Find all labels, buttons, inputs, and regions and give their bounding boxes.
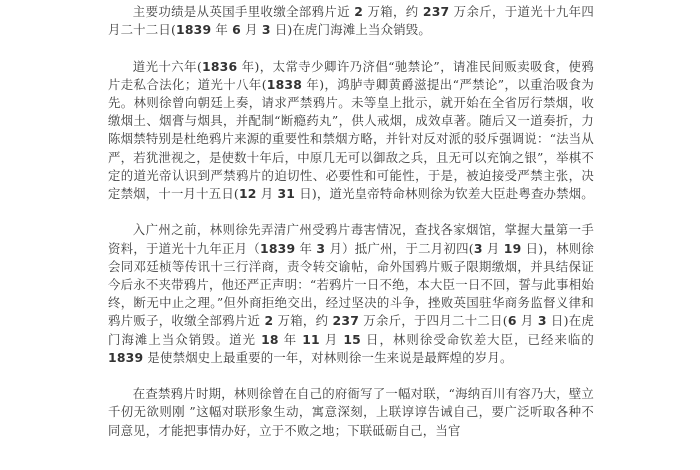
text-run: 万箱，约 bbox=[363, 4, 423, 19]
numeral-bold: 3 bbox=[474, 241, 483, 256]
text-run: 年)，鸿胪寺卿黄爵滋提出“严禁论”，以重治吸食为先。林则徐曾向朝廷上奏，请求严禁… bbox=[108, 77, 594, 201]
numeral-bold: 2 bbox=[264, 313, 273, 328]
numeral-bold: 31 bbox=[277, 186, 295, 201]
text-run: 日)在虎门海滩上当众销毁。 bbox=[271, 22, 431, 37]
text-run: 万余斤，于四月二十二日( bbox=[359, 313, 508, 328]
numeral-bold: 1836 bbox=[202, 59, 237, 74]
text-run: 月）抵广州，于二月初四( bbox=[325, 241, 474, 256]
numeral-bold: 6 bbox=[232, 22, 241, 37]
numeral-bold: 15 bbox=[343, 332, 361, 347]
text-run: 月 bbox=[241, 22, 262, 37]
text-run: 年 bbox=[279, 332, 302, 347]
text-run: 在查禁鸦片时期，林则徐曾在自己的府衙写了一幅对联，“海纳百川有容乃大，壁立千仞无… bbox=[108, 386, 594, 437]
numeral-bold: 19 bbox=[504, 241, 522, 256]
text-run: 万箱，约 bbox=[273, 313, 332, 328]
text-run: 主要功绩是从英国手里收缴全部鸦片近 bbox=[133, 4, 355, 19]
paragraph-guangzhou-campaign: 入广州之前，林则徐先弄清广州受鸦片毒害情况，查找各家烟馆，掌握大量第一手资料，于… bbox=[108, 221, 594, 367]
text-run: 是使禁烟史上最重要的一年，对林则徐一生来说是最辉煌的岁月。 bbox=[143, 350, 512, 365]
numeral-bold: 1839 bbox=[176, 22, 211, 37]
text-run: 月 bbox=[320, 332, 343, 347]
paragraph-achievement: 主要功绩是从英国手里收缴全部鸦片近 2 万箱，约 237 万余斤，于道光十九年四… bbox=[108, 3, 594, 39]
text-run: 年 bbox=[295, 241, 316, 256]
numeral-bold: 1838 bbox=[267, 77, 302, 92]
paragraph-imperial-decision: 道光十六年(1836 年)，太常寺少卿许乃济倡“驰禁论”，请准民间贩卖吸食，使鸦… bbox=[108, 58, 594, 204]
text-run: 月 bbox=[483, 241, 504, 256]
numeral-bold: 18 bbox=[261, 332, 279, 347]
numeral-bold: 11 bbox=[302, 332, 320, 347]
numeral-bold: 3 bbox=[316, 241, 325, 256]
numeral-bold: 1839 bbox=[260, 241, 295, 256]
numeral-bold: 3 bbox=[262, 22, 271, 37]
numeral-bold: 6 bbox=[508, 313, 517, 328]
numeral-bold: 237 bbox=[333, 313, 359, 328]
text-run: 日)，道光皇帝特命林则徐为钦差大臣赴粤查办禁烟。 bbox=[295, 186, 594, 201]
numeral-bold: 3 bbox=[538, 313, 547, 328]
document-page: 主要功绩是从英国手里收缴全部鸦片近 2 万箱，约 237 万余斤，于道光十九年四… bbox=[108, 3, 594, 458]
paragraph-couplet: 在查禁鸦片时期，林则徐曾在自己的府衙写了一幅对联，“海纳百川有容乃大，壁立千仞无… bbox=[108, 385, 594, 440]
text-run: 月 bbox=[257, 186, 278, 201]
numeral-bold: 1839 bbox=[108, 350, 143, 365]
text-run: 年 bbox=[211, 22, 232, 37]
text-run: 道光十六年( bbox=[133, 59, 202, 74]
text-run: 月 bbox=[517, 313, 538, 328]
numeral-bold: 12 bbox=[239, 186, 257, 201]
numeral-bold: 2 bbox=[354, 4, 363, 19]
numeral-bold: 237 bbox=[423, 4, 449, 19]
text-run: 日，林则徐受命钦差大臣，已经来临的 bbox=[361, 332, 594, 347]
